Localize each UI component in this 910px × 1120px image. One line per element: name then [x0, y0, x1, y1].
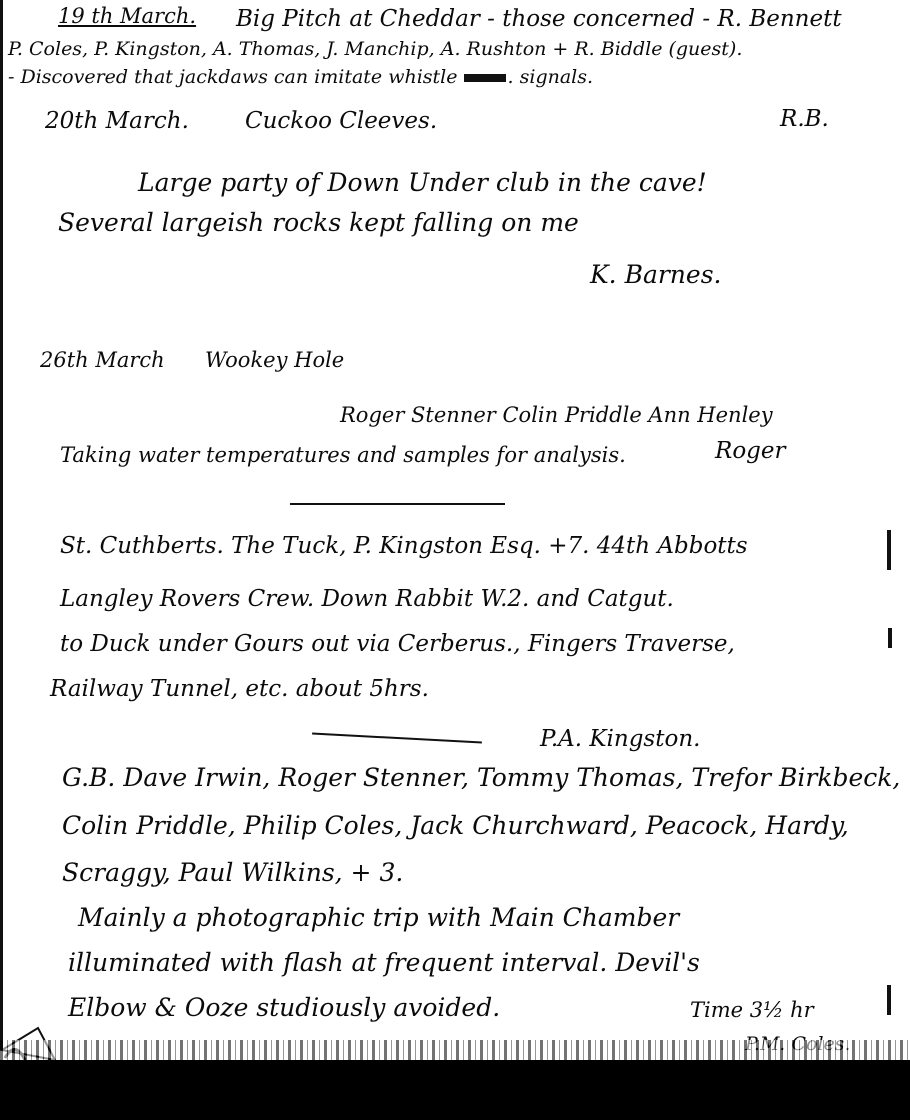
entry-1-line-3: - Discovered that jackdaws can imitate w…: [8, 68, 593, 87]
entry-5-line-1: G.B. Dave Irwin, Roger Stenner, Tommy Th…: [62, 765, 900, 790]
entry-5-line-6: Elbow & Ooze studiously avoided.: [68, 995, 500, 1020]
struck-out-word: [464, 74, 506, 82]
page-edge-mark: [888, 628, 892, 648]
entry-3-line-1: Taking water temperatures and samples fo…: [60, 445, 626, 466]
entry-2-line-2: Several largeish rocks kept falling on m…: [58, 210, 579, 235]
divider-line: [312, 733, 482, 744]
entry-3-party: Roger Stenner Colin Priddle Ann Henley: [340, 405, 773, 426]
entry-4-line-3: to Duck under Gours out via Cerberus., F…: [60, 633, 735, 656]
entry-2-location: Cuckoo Cleeves.: [245, 110, 437, 133]
entry-1-line-2: P. Coles, P. Kingston, A. Thomas, J. Man…: [8, 40, 742, 59]
entry-1-line-3-text: - Discovered that jackdaws can imitate w…: [8, 66, 457, 88]
entry-1-date: 19 th March.: [58, 6, 196, 27]
entry-5-time: Time 3½ hr: [690, 1000, 814, 1021]
page-edge-mark: [887, 530, 891, 570]
entry-5-line-5: illuminated with flash at frequent inter…: [68, 950, 700, 975]
entry-5-line-3: Scraggy, Paul Wilkins, + 3.: [62, 860, 403, 885]
divider-line: [290, 503, 505, 505]
entry-4-signature: P.A. Kingston.: [540, 728, 700, 751]
entry-1-line-1: Big Pitch at Cheddar - those concerned -…: [236, 8, 842, 31]
entry-4-line-2: Langley Rovers Crew. Down Rabbit W.2. an…: [60, 588, 674, 611]
entry-5-line-4: Mainly a photographic trip with Main Cha…: [78, 905, 679, 930]
entry-4-line-4: Railway Tunnel, etc. about 5hrs.: [50, 678, 429, 701]
page-edge-mark: [887, 985, 891, 1015]
entry-2-line-1: Large party of Down Under club in the ca…: [138, 170, 707, 195]
scan-bottom-border: [0, 1060, 910, 1120]
entry-3-date: 26th March: [40, 350, 165, 371]
entry-1-line-3-end: . signals.: [508, 66, 594, 88]
entry-2-signature: K. Barnes.: [590, 262, 721, 287]
entry-4-line-1: St. Cuthberts. The Tuck, P. Kingston Esq…: [60, 535, 748, 558]
page-edge: [0, 0, 3, 1050]
entry-2-date: 20th March.: [45, 110, 189, 133]
logbook-page: 19 th March. Big Pitch at Cheddar - thos…: [0, 0, 910, 1120]
entry-1-signature: R.B.: [780, 108, 829, 131]
entry-3-signature: Roger: [715, 440, 786, 463]
entry-3-location: Wookey Hole: [205, 350, 344, 371]
scan-edge-noise: [0, 1040, 910, 1062]
entry-5-line-2: Colin Priddle, Philip Coles, Jack Church…: [62, 813, 849, 838]
